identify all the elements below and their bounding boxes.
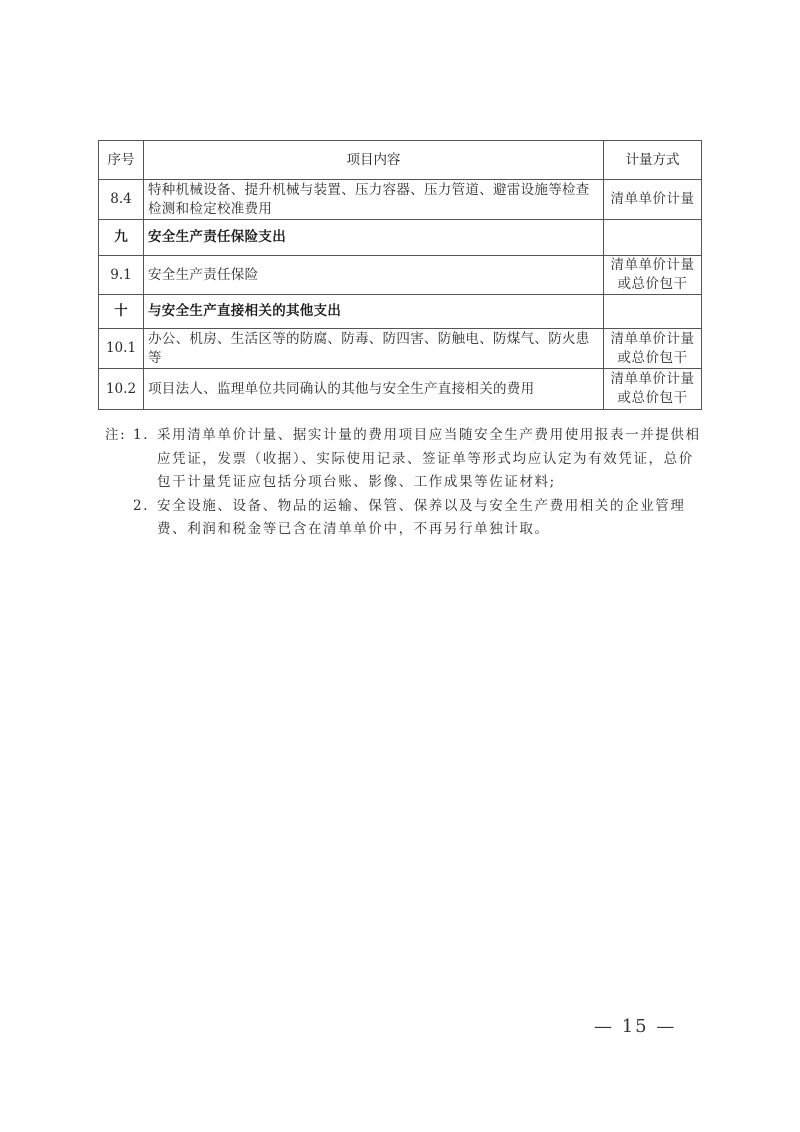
- note-text: 安全设施、设备、物品的运输、保管、保养以及与安全生产费用相关的企业管理费、利润和…: [157, 498, 686, 538]
- table-notes: 注: 1. 采用清单单价计量、据实计量的费用项目应当随安全生产费用使用报表一并提…: [105, 424, 705, 542]
- row-content: 特种机械设备、提升机械与装置、压力容器、压力管道、避雷设施等检查检测和检定校准费…: [144, 180, 604, 220]
- table-header-row: 序号 项目内容 计量方式: [99, 141, 702, 180]
- page-number: — 15 —: [594, 1016, 676, 1037]
- header-measurement-method: 计量方式: [604, 141, 702, 180]
- row-method: 清单单价计量或总价包干: [604, 329, 702, 369]
- row-method: 清单单价计量或总价包干: [604, 256, 702, 295]
- document-page: 序号 项目内容 计量方式 8.4 特种机械设备、提升机械与装置、压力容器、压力管…: [0, 0, 800, 1132]
- section-title: 安全生产责任保险支出: [144, 220, 604, 256]
- section-title: 与安全生产直接相关的其他支出: [144, 295, 604, 329]
- note-index: 1.: [133, 424, 149, 448]
- safety-cost-table: 序号 项目内容 计量方式 8.4 特种机械设备、提升机械与装置、压力容器、压力管…: [98, 140, 702, 410]
- note-text: 采用清单单价计量、据实计量的费用项目应当随安全生产费用使用报表一并提供相应凭证，…: [157, 427, 701, 490]
- row-number: 9.1: [99, 256, 144, 295]
- table-row: 10.1 办公、机房、生活区等的防腐、防毒、防四害、防触电、防煤气、防火患等 清…: [99, 329, 702, 369]
- table-row: 9.1 安全生产责任保险 清单单价计量或总价包干: [99, 256, 702, 295]
- table-row: 10.2 项目法人、监理单位共同确认的其他与安全生产直接相关的费用 清单单价计量…: [99, 369, 702, 410]
- row-number: 10.2: [99, 369, 144, 410]
- notes-label: 注:: [105, 424, 126, 448]
- table-section-row: 十 与安全生产直接相关的其他支出: [99, 295, 702, 329]
- note-item-1: 注: 1. 采用清单单价计量、据实计量的费用项目应当随安全生产费用使用报表一并提…: [105, 424, 705, 495]
- row-method: [604, 295, 702, 329]
- note-item-2: 2. 安全设施、设备、物品的运输、保管、保养以及与安全生产费用相关的企业管理费、…: [105, 495, 705, 542]
- row-content: 办公、机房、生活区等的防腐、防毒、防四害、防触电、防煤气、防火患等: [144, 329, 604, 369]
- section-number: 九: [99, 220, 144, 256]
- row-content: 项目法人、监理单位共同确认的其他与安全生产直接相关的费用: [144, 369, 604, 410]
- section-number: 十: [99, 295, 144, 329]
- row-method: 清单单价计量: [604, 180, 702, 220]
- row-number: 10.1: [99, 329, 144, 369]
- header-serial-no: 序号: [99, 141, 144, 180]
- row-number: 8.4: [99, 180, 144, 220]
- table-row: 8.4 特种机械设备、提升机械与装置、压力容器、压力管道、避雷设施等检查检测和检…: [99, 180, 702, 220]
- note-index: 2.: [133, 495, 149, 519]
- table-section-row: 九 安全生产责任保险支出: [99, 220, 702, 256]
- row-method: 清单单价计量或总价包干: [604, 369, 702, 410]
- row-content: 安全生产责任保险: [144, 256, 604, 295]
- row-method: [604, 220, 702, 256]
- header-item-content: 项目内容: [144, 141, 604, 180]
